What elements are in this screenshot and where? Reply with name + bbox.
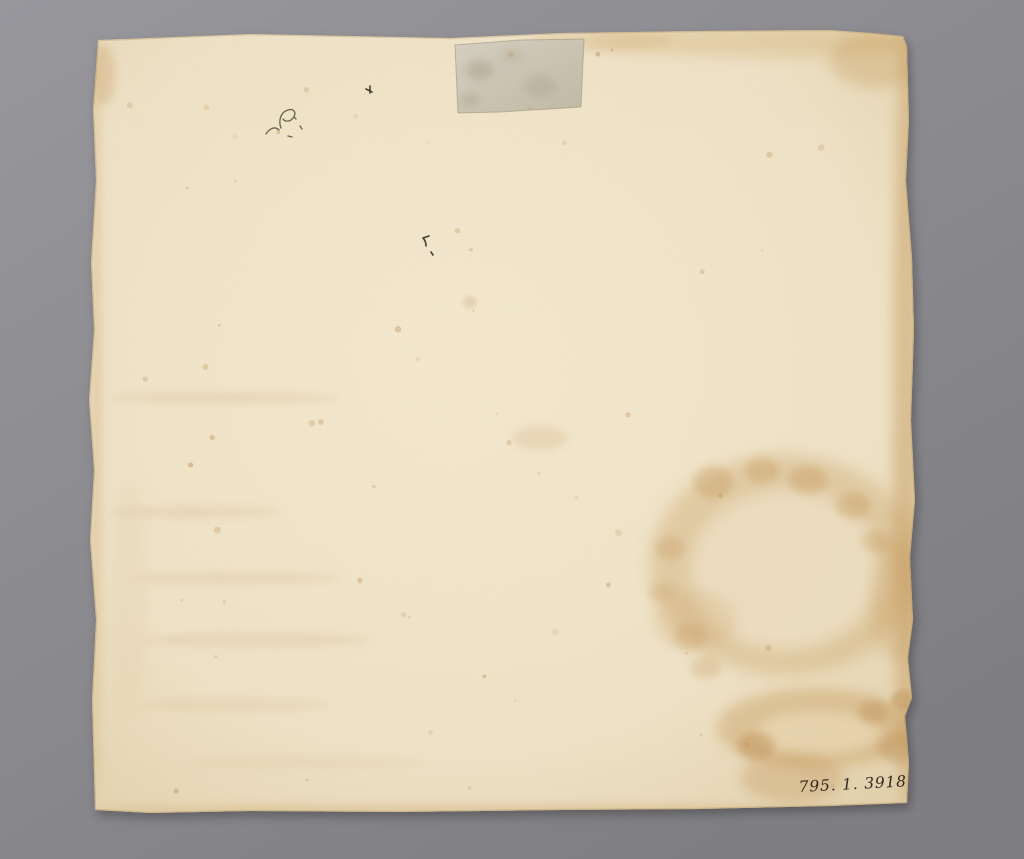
photograph-stage: 795. 1. 3918 (0, 0, 1024, 859)
paper-grain-texture (85, 25, 920, 820)
photo-canvas: 795. 1. 3918 (0, 0, 1024, 859)
paper-surface-layers: 795. 1. 3918 (85, 25, 935, 820)
